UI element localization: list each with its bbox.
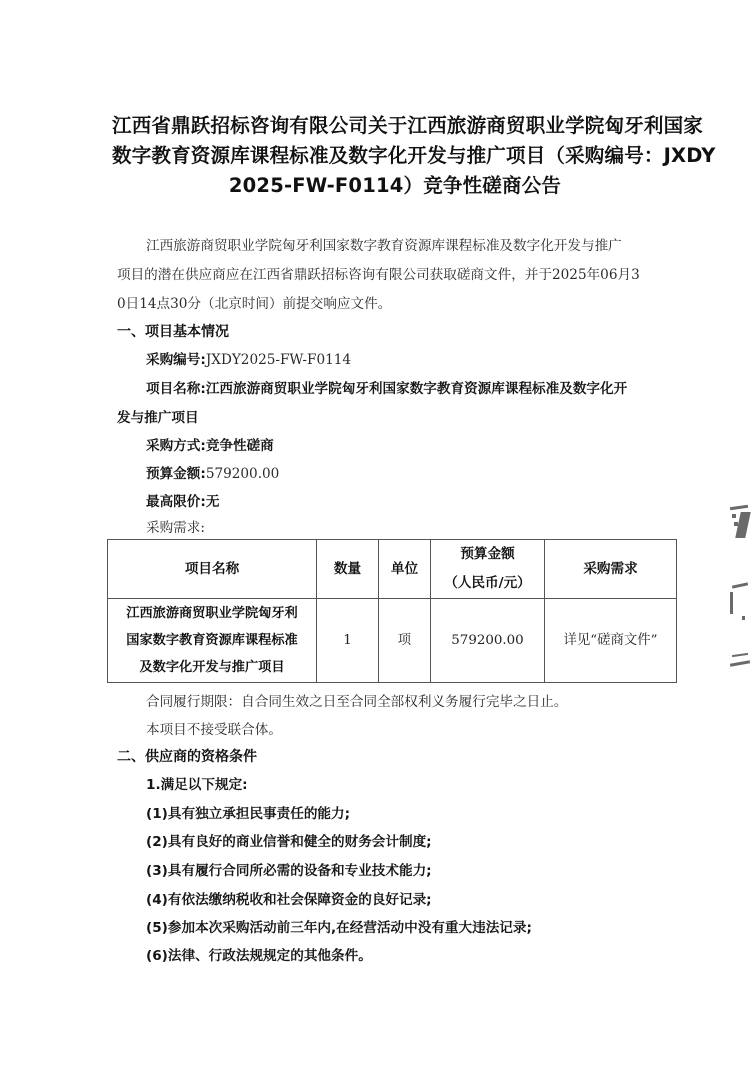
table-row: 江西旅游商贸职业学院匈牙利 国家数字教育资源库课程标准 及数字化开发与推广项目 … bbox=[108, 599, 677, 683]
document-page: 江西省鼎跃招标咨询有限公司关于江西旅游商贸职业学院匈牙利国家 数字教育资源库课程… bbox=[0, 0, 752, 1072]
max-price-row: 最高限价:无 bbox=[146, 492, 219, 512]
seal-stamp-fragment bbox=[728, 500, 752, 680]
qualification-intro: 1.满足以下规定: bbox=[146, 775, 248, 795]
project-name-continuation: 发与推广项目 bbox=[117, 408, 199, 428]
qualification-item-text: (3)具有履行合同所必需的设备和专业技术能力; bbox=[146, 863, 432, 879]
cell-project-name: 江西旅游商贸职业学院匈牙利 国家数字教育资源库课程标准 及数字化开发与推广项目 bbox=[108, 599, 317, 683]
cell-quantity: 1 bbox=[317, 599, 379, 683]
procurement-method-row: 采购方式:竞争性磋商 bbox=[146, 436, 274, 456]
title-line: 江西省鼎跃招标咨询有限公司关于江西旅游商贸职业学院匈牙利国家 bbox=[112, 111, 678, 141]
cell-requirement: 详见“磋商文件” bbox=[545, 599, 677, 683]
procurement-number-row: 采购编号:JXDY2025-FW-F0114 bbox=[146, 350, 351, 370]
cell-project-name-line: 及数字化开发与推广项目 bbox=[110, 654, 314, 681]
project-name-value: 江西旅游商贸职业学院匈牙利国家数字教育资源库课程标准及数字化开 bbox=[206, 381, 627, 397]
qualification-item-text: (4)有依法缴纳税收和社会保障资金的良好记录; bbox=[146, 892, 432, 908]
cell-budget: 579200.00 bbox=[431, 599, 545, 683]
contract-period: 合同履行期限：自合同生效之日至合同全部权利义务履行完毕之日止。 bbox=[146, 692, 567, 712]
qualification-item: (1)具有独立承担民事责任的能力; bbox=[146, 804, 350, 824]
document-title: 江西省鼎跃招标咨询有限公司关于江西旅游商贸职业学院匈牙利国家 数字教育资源库课程… bbox=[112, 111, 678, 201]
intro-line: 项目的潜在供应商应在江西省鼎跃招标咨询有限公司获取磋商文件，并于2025年06月… bbox=[117, 265, 640, 285]
header-requirement: 采购需求 bbox=[545, 540, 677, 599]
procurement-number-label: 采购编号: bbox=[146, 352, 206, 368]
procurement-number-value: JXDY2025-FW-F0114 bbox=[206, 352, 351, 368]
cell-project-name-line: 江西旅游商贸职业学院匈牙利 bbox=[110, 600, 314, 627]
title-line: 数字教育资源库课程标准及数字化开发与推广项目（采购编号：JXDY bbox=[112, 141, 678, 171]
section-heading-basic-info: 一、项目基本情况 bbox=[117, 322, 229, 342]
procurement-method-label: 采购方式: bbox=[146, 438, 206, 454]
qualification-intro-text: 1.满足以下规定: bbox=[146, 777, 248, 793]
cell-project-name-line: 国家数字教育资源库课程标准 bbox=[110, 627, 314, 654]
qualification-item: (3)具有履行合同所必需的设备和专业技术能力; bbox=[146, 861, 432, 881]
table-header-row: 项目名称 数量 单位 预算金额 （人民币/元） 采购需求 bbox=[108, 540, 677, 599]
qualification-item-text: (2)具有良好的商业信誉和健全的财务会计制度; bbox=[146, 834, 432, 850]
requirements-table: 项目名称 数量 单位 预算金额 （人民币/元） 采购需求 江西旅游商贸职业学院匈… bbox=[107, 539, 677, 683]
budget-row: 预算金额:579200.00 bbox=[146, 464, 279, 484]
procurement-method-value: 竞争性磋商 bbox=[206, 438, 274, 454]
qualification-item-text: (1)具有独立承担民事责任的能力; bbox=[146, 806, 350, 822]
qualification-item: (6)法律、行政法规规定的其他条件。 bbox=[146, 946, 372, 966]
max-price-value: 无 bbox=[206, 494, 220, 510]
header-project-name: 项目名称 bbox=[108, 540, 317, 599]
qualification-item: (4)有依法缴纳税收和社会保障资金的良好记录; bbox=[146, 890, 432, 910]
title-line: 2025-FW-F0114）竞争性磋商公告 bbox=[112, 171, 678, 201]
intro-line: 江西旅游商贸职业学院匈牙利国家数字教育资源库课程标准及数字化开发与推广 bbox=[146, 236, 622, 256]
max-price-label: 最高限价: bbox=[146, 494, 206, 510]
budget-value: 579200.00 bbox=[206, 466, 280, 482]
qualification-item: (2)具有良好的商业信誉和健全的财务会计制度; bbox=[146, 832, 432, 852]
project-name-row: 项目名称:江西旅游商贸职业学院匈牙利国家数字教育资源库课程标准及数字化开 bbox=[146, 379, 627, 399]
consortium-note: 本项目不接受联合体。 bbox=[146, 720, 282, 740]
header-budget-line2: （人民币/元） bbox=[435, 569, 540, 598]
header-quantity: 数量 bbox=[317, 540, 379, 599]
header-unit: 单位 bbox=[379, 540, 431, 599]
requirements-label: 采购需求: bbox=[146, 518, 205, 538]
budget-label: 预算金额: bbox=[146, 466, 206, 482]
qualification-item: (5)参加本次采购活动前三年内,在经营活动中没有重大违法记录; bbox=[146, 918, 532, 938]
intro-line: 0日14点30分（北京时间）前提交响应文件。 bbox=[117, 294, 391, 314]
header-budget-line1: 预算金额 bbox=[435, 540, 540, 569]
header-budget: 预算金额 （人民币/元） bbox=[431, 540, 545, 599]
cell-unit: 项 bbox=[379, 599, 431, 683]
qualification-item-text: (5)参加本次采购活动前三年内,在经营活动中没有重大违法记录; bbox=[146, 920, 532, 936]
section-heading-qualifications: 二、供应商的资格条件 bbox=[117, 747, 257, 767]
project-name-label: 项目名称: bbox=[146, 381, 206, 397]
qualification-item-text: (6)法律、行政法规规定的其他条件。 bbox=[146, 948, 372, 964]
